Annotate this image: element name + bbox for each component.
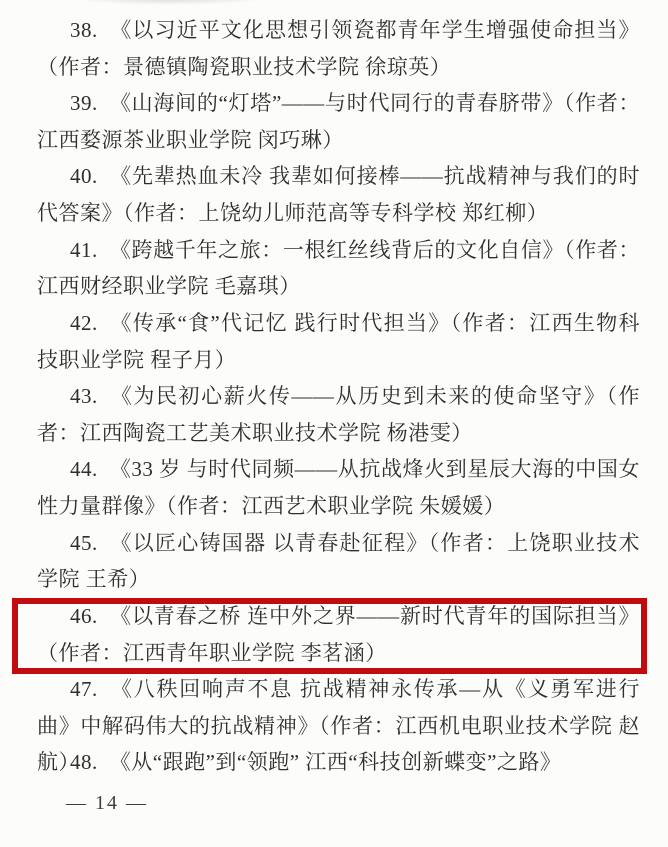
list-entry-48: 48.《从“跟跑”到“领跑” 江西“科技创新蝶变”之路》 — [37, 744, 640, 781]
list-entry-47: 47.《八秩回响声不息 抗战精神永传承—从《义勇军进行曲》中解码伟大的抗战精神》… — [37, 671, 640, 744]
entry-list: 38.《以习近平文化思想引领瓷都青年学生增强使命担当》（作者：景德镇陶瓷职业技术… — [37, 12, 640, 781]
list-entry-42: 42.《传承“食”代记忆 践行时代担当》（作者：江西生物科技职业学院 程子月） — [37, 305, 640, 378]
entry-author: （作者：景德镇陶瓷职业技术学院 徐琼英） — [37, 55, 451, 79]
entry-author: （作者：江西艺术职业学院 朱媛媛） — [166, 494, 505, 518]
entry-title: 《以青春之桥 连中外之界——新时代青年的国际担当》 — [110, 604, 640, 628]
list-entry-39: 39.《山海间的“灯塔”——与时代同行的青春脐带》（作者：江西婺源茶业职业学院 … — [37, 85, 640, 158]
list-entry-38: 38.《以习近平文化思想引领瓷都青年学生增强使命担当》（作者：景德镇陶瓷职业技术… — [37, 12, 640, 85]
entry-number: 40. — [70, 164, 98, 188]
page-number: — 14 — — [66, 792, 148, 815]
scanned-document-page: 38.《以习近平文化思想引领瓷都青年学生增强使命担当》（作者：景德镇陶瓷职业技术… — [0, 0, 668, 847]
entry-title: 《以匠心铸国器 以青春赴征程》 — [110, 531, 429, 555]
list-entry-44: 44.《33 岁 与时代同频——从抗战烽火到星辰大海的中国女性力量群像》（作者：… — [37, 451, 640, 524]
list-entry-41: 41.《跨越千年之旅：一根红丝线背后的文化自信》（作者：江西财经职业学院 毛嘉琪… — [37, 232, 640, 305]
entry-number: 48. — [70, 750, 98, 774]
list-entry-46-highlighted: 46.《以青春之桥 连中外之界——新时代青年的国际担当》（作者：江西青年职业学院… — [37, 598, 640, 671]
entry-number: 42. — [70, 311, 98, 335]
list-entry-43: 43.《为民初心薪火传——从历史到未来的使命坚守》（作者：江西陶瓷工艺美术职业技… — [37, 378, 640, 451]
entry-title: 《跨越千年之旅：一根红丝线背后的文化自信》 — [110, 238, 564, 262]
entry-number: 47. — [70, 677, 98, 701]
entry-title: 《以习近平文化思想引领瓷都青年学生增强使命担当》 — [110, 18, 640, 42]
entry-number: 43. — [70, 384, 98, 408]
list-entry-45: 45.《以匠心铸国器 以青春赴征程》（作者：上饶职业技术学院 王希） — [37, 525, 640, 598]
entry-number: 45. — [70, 531, 98, 555]
entry-number: 38. — [70, 18, 98, 42]
list-entry-40: 40.《先辈热血未冷 我辈如何接棒——抗战精神与我们的时代答案》（作者：上饶幼儿… — [37, 158, 640, 231]
entry-author: （作者：江西青年职业学院 李茗涵） — [37, 641, 387, 665]
entry-title: 《为民初心薪火传——从历史到未来的使命坚守》 — [110, 384, 607, 408]
entry-title: 《传承“食”代记忆 践行时代担当》 — [110, 311, 451, 335]
entry-number: 41. — [70, 238, 98, 262]
entry-author: （作者：上饶幼儿师范高等专科学校 郑红柳） — [123, 201, 548, 225]
entry-title: 《山海间的“灯塔”——与时代同行的青春脐带》 — [110, 91, 564, 115]
entry-number: 46. — [70, 604, 98, 628]
entry-number: 39. — [70, 91, 98, 115]
entry-number: 44. — [70, 457, 98, 481]
entry-title: 《从“跟跑”到“领跑” 江西“科技创新蝶变”之路》 — [110, 750, 562, 774]
